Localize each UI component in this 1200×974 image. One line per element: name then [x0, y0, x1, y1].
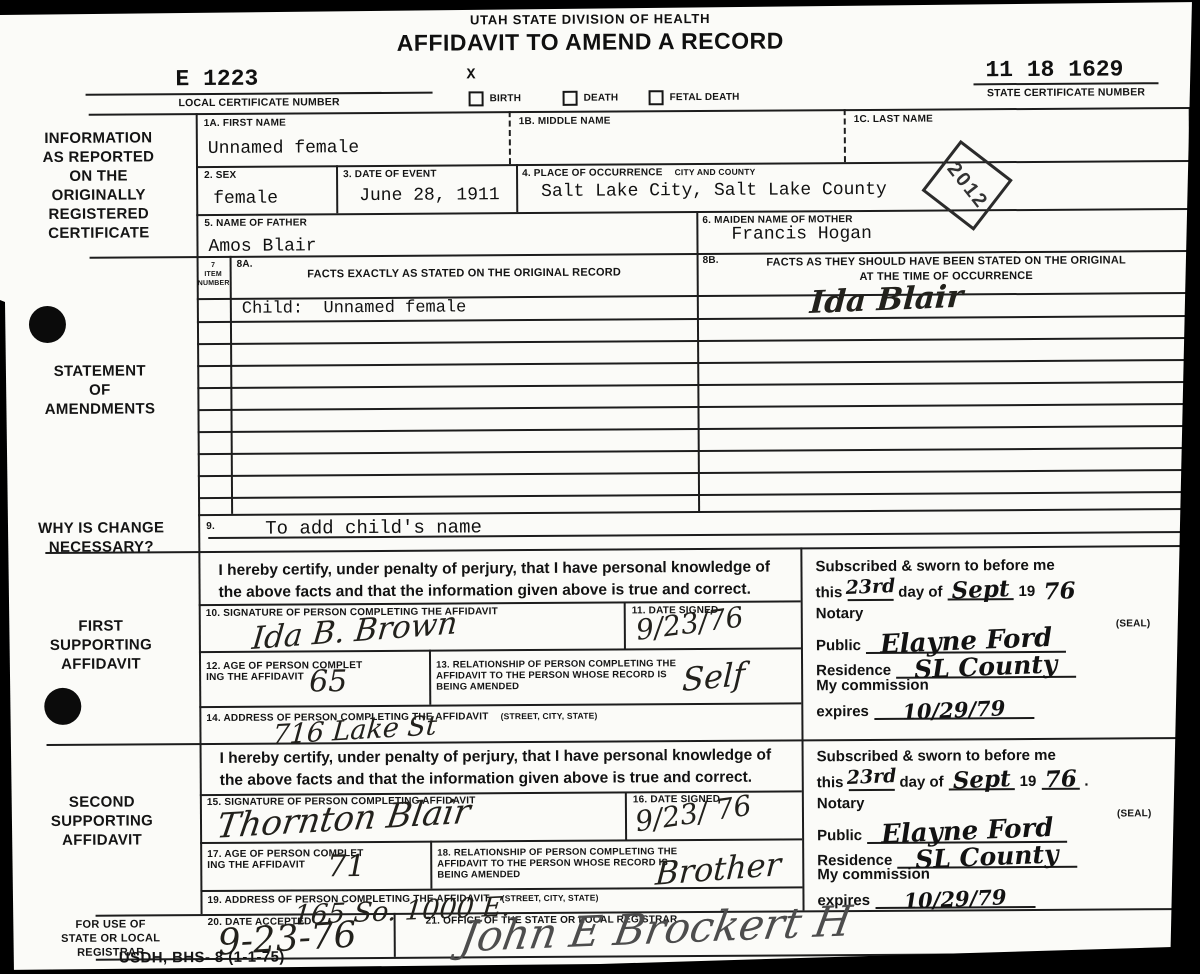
birth-checkbox-label: BIRTH: [490, 93, 522, 104]
place-of-occurrence-label: 4. PLACE OF OCCURRENCECITY AND COUNTY: [522, 167, 756, 179]
notary1-expires-line: expires 10/29/79: [816, 696, 1039, 720]
facts-original-entry: Child: Unnamed female: [242, 298, 467, 318]
notary1-residence-underline: SL County: [896, 651, 1076, 679]
form-rule-line: [199, 702, 801, 708]
notary1-month-underline: Sept: [947, 575, 1013, 600]
form-number: USDH, BHS- 8 (1-1-75): [119, 949, 285, 967]
registrar-signature-handwritten: John E Brockert H: [457, 900, 854, 958]
place-label-main: 4. PLACE OF OCCURRENCE: [522, 167, 663, 179]
form-rule-line: [430, 841, 432, 889]
amendment-rows-lines: [0, 0, 1200, 7]
form-rule-line: [336, 165, 338, 213]
notary2-this: this: [817, 774, 844, 791]
form-rule-line: [974, 82, 1159, 85]
amendment-empty-row-line: [198, 447, 1193, 455]
birth-checkbox-mark: X: [466, 66, 475, 83]
notary2-day-underline: 23rd: [848, 770, 894, 791]
notary2-day-handwritten: 23rd: [846, 767, 896, 788]
item-number-column-label: 7 ITEM NUMBER: [198, 261, 229, 288]
notary2-expires-handwritten: 10/29/79: [903, 886, 1007, 911]
form-rule-line: [1189, 107, 1196, 952]
reason-value: To add child's name: [265, 516, 482, 539]
notary1-date-line: this 23rd day of Sept 19 76: [816, 575, 1084, 602]
notary1-day-handwritten: 23rd: [845, 577, 895, 598]
notary1-commission-word: My commission: [816, 677, 929, 695]
notary1-day-of: day of: [898, 584, 942, 601]
form-content: UTAH STATE DIVISION OF HEALTH AFFIDAVIT …: [0, 0, 1200, 974]
notary1-expires-underline: 10/29/79: [874, 696, 1034, 720]
facts-original-title: FACTS EXACTLY AS STATED ON THE ORIGINAL …: [242, 266, 687, 281]
notary1-sworn-text: Subscribed & sworn to before me: [815, 557, 1054, 575]
facts-corrected-entry-handwritten: Ida Blair: [809, 282, 964, 319]
form-rule-line: [45, 545, 1191, 554]
notary2-commission-word: My commission: [817, 866, 930, 884]
notary1-year-underline: 76: [1040, 577, 1078, 600]
state-certificate-label: STATE CERTIFICATE NUMBER: [964, 86, 1169, 99]
father-name-label: 5. NAME OF FATHER: [204, 217, 307, 229]
fetal-death-checkbox: [649, 90, 664, 105]
notary2-year-underline: 76: [1041, 765, 1079, 790]
notary2-seal-label: (SEAL): [1117, 808, 1152, 819]
aff2-age-handwritten: 71: [327, 852, 365, 882]
amendment-empty-row-line: [198, 491, 1193, 499]
notary1-day-underline: 23rd: [847, 580, 893, 601]
notary2-residence-handwritten: SL County: [915, 841, 1059, 872]
year-stamp-text: 2012: [942, 158, 993, 213]
amendment-empty-row-line: [197, 359, 1192, 367]
amendment-empty-row-line: [197, 337, 1192, 345]
notary2-month-underline: Sept: [949, 765, 1015, 790]
reason-item-number: 9.: [206, 521, 215, 532]
aff2-relationship-handwritten: Brother: [654, 848, 781, 890]
sex-label: 2. SEX: [204, 170, 236, 181]
notary1-expires-word: expires: [816, 703, 869, 720]
form-rule-line: [516, 164, 518, 212]
form-rule-line: [196, 208, 1191, 216]
form-rule-line: [429, 650, 431, 705]
notary1-this: this: [816, 584, 843, 601]
notary2-date-line: this 23rd day of Sept 19 76 .: [817, 765, 1089, 792]
notary1-residence-line: Residence SL County: [816, 651, 1081, 680]
death-checkbox: [563, 91, 578, 106]
section-label-second-affidavit: SECOND SUPPORTING AFFIDAVIT: [17, 792, 187, 850]
aff2-address-label-sub: (STREET, CITY, STATE): [502, 893, 599, 904]
death-checkbox-label: DEATH: [584, 92, 619, 103]
place-label-sub: CITY AND COUNTY: [675, 167, 756, 177]
notary1-notary-word: Notary: [816, 605, 864, 622]
notary1-year-prefix: 19: [1018, 583, 1035, 600]
father-name-value: Amos Blair: [208, 236, 316, 257]
form-rule-line: [625, 791, 627, 839]
certification-statement-2: I hereby certify, under penalty of perju…: [220, 744, 800, 792]
form-rule-line: [509, 111, 511, 164]
aff1-address-label-sub: (STREET, CITY, STATE): [501, 711, 598, 722]
date-of-event-label: 3. DATE OF EVENT: [343, 169, 437, 181]
aff1-age-handwritten: 65: [309, 667, 347, 697]
state-certificate-number: 11 18 1629: [985, 56, 1123, 83]
year-stamp: 2012: [921, 140, 1012, 231]
notary2-year-handwritten: 76: [1044, 767, 1077, 791]
notary1-expires-handwritten: 10/29/79: [902, 697, 1006, 722]
sex-value: female: [213, 189, 278, 209]
local-certificate-number: E 1223: [175, 66, 258, 93]
last-name-label: 1C. LAST NAME: [854, 114, 933, 125]
aff1-relationship-label: 13. RELATIONSHIP OF PERSON COMPLETING TH…: [436, 658, 676, 692]
notary2-notary-word: Notary: [817, 795, 865, 812]
notary2-residence-underline: SL County: [897, 841, 1077, 869]
notary2-sworn-text: Subscribed & sworn to before me: [817, 747, 1056, 765]
form-rule-line: [624, 601, 626, 648]
notary2-period: .: [1084, 773, 1088, 790]
punch-hole-top: [29, 306, 66, 343]
date-of-event-value: June 28, 1911: [359, 185, 500, 206]
notary2-year-prefix: 19: [1020, 773, 1037, 790]
form-title: AFFIDAVIT TO AMEND A RECORD: [0, 25, 1180, 59]
mother-name-value: Francis Hogan: [731, 224, 872, 245]
place-of-occurrence-value: Salt Lake City, Salt Lake County: [541, 180, 887, 202]
notary1-residence-handwritten: SL County: [914, 651, 1058, 682]
amendment-empty-row-line: [198, 469, 1193, 477]
amendment-empty-row-line: [197, 381, 1192, 389]
notary2-residence-line: Residence SL County: [817, 841, 1082, 870]
first-name-label: 1A. FIRST NAME: [204, 118, 286, 130]
form-rule-line: [800, 547, 804, 910]
notary1-year-handwritten: 76: [1043, 579, 1076, 603]
aff2-relationship-label: 18. RELATIONSHIP OF PERSON COMPLETING TH…: [437, 846, 677, 880]
local-certificate-label: LOCAL CERTIFICATE NUMBER: [86, 96, 433, 110]
certification-statement-1: I hereby certify, under penalty of perju…: [218, 556, 798, 604]
section-label-amendments: STATEMENT OF AMENDMENTS: [17, 361, 182, 419]
amendment-empty-row-line: [197, 403, 1192, 411]
birth-checkbox: [469, 91, 484, 106]
section-label-first-affidavit: FIRST SUPPORTING AFFIDAVIT: [16, 616, 186, 674]
notary1-seal-label: (SEAL): [1116, 618, 1151, 629]
notary2-month-handwritten: Sept: [952, 767, 1011, 792]
punch-hole-bottom: [44, 688, 81, 725]
aff1-relationship-handwritten: Self: [682, 658, 746, 696]
notary2-expires-underline: 10/29/79: [875, 885, 1035, 909]
scanned-affidavit-page: UTAH STATE DIVISION OF HEALTH AFFIDAVIT …: [0, 0, 1200, 974]
fetal-death-checkbox-label: FETAL DEATH: [670, 92, 740, 103]
form-rule-line: [696, 211, 698, 253]
form-rule-line: [198, 508, 1193, 516]
section-label-original-info: INFORMATION AS REPORTED ON THE ORIGINALL…: [16, 128, 182, 243]
form-rule-line: [844, 109, 846, 162]
middle-name-label: 1B. MIDDLE NAME: [519, 116, 611, 128]
first-name-value: Unnamed female: [208, 138, 359, 159]
notary1-month-handwritten: Sept: [951, 577, 1010, 602]
amendment-empty-row-line: [198, 425, 1193, 433]
notary2-day-of: day of: [899, 774, 943, 791]
